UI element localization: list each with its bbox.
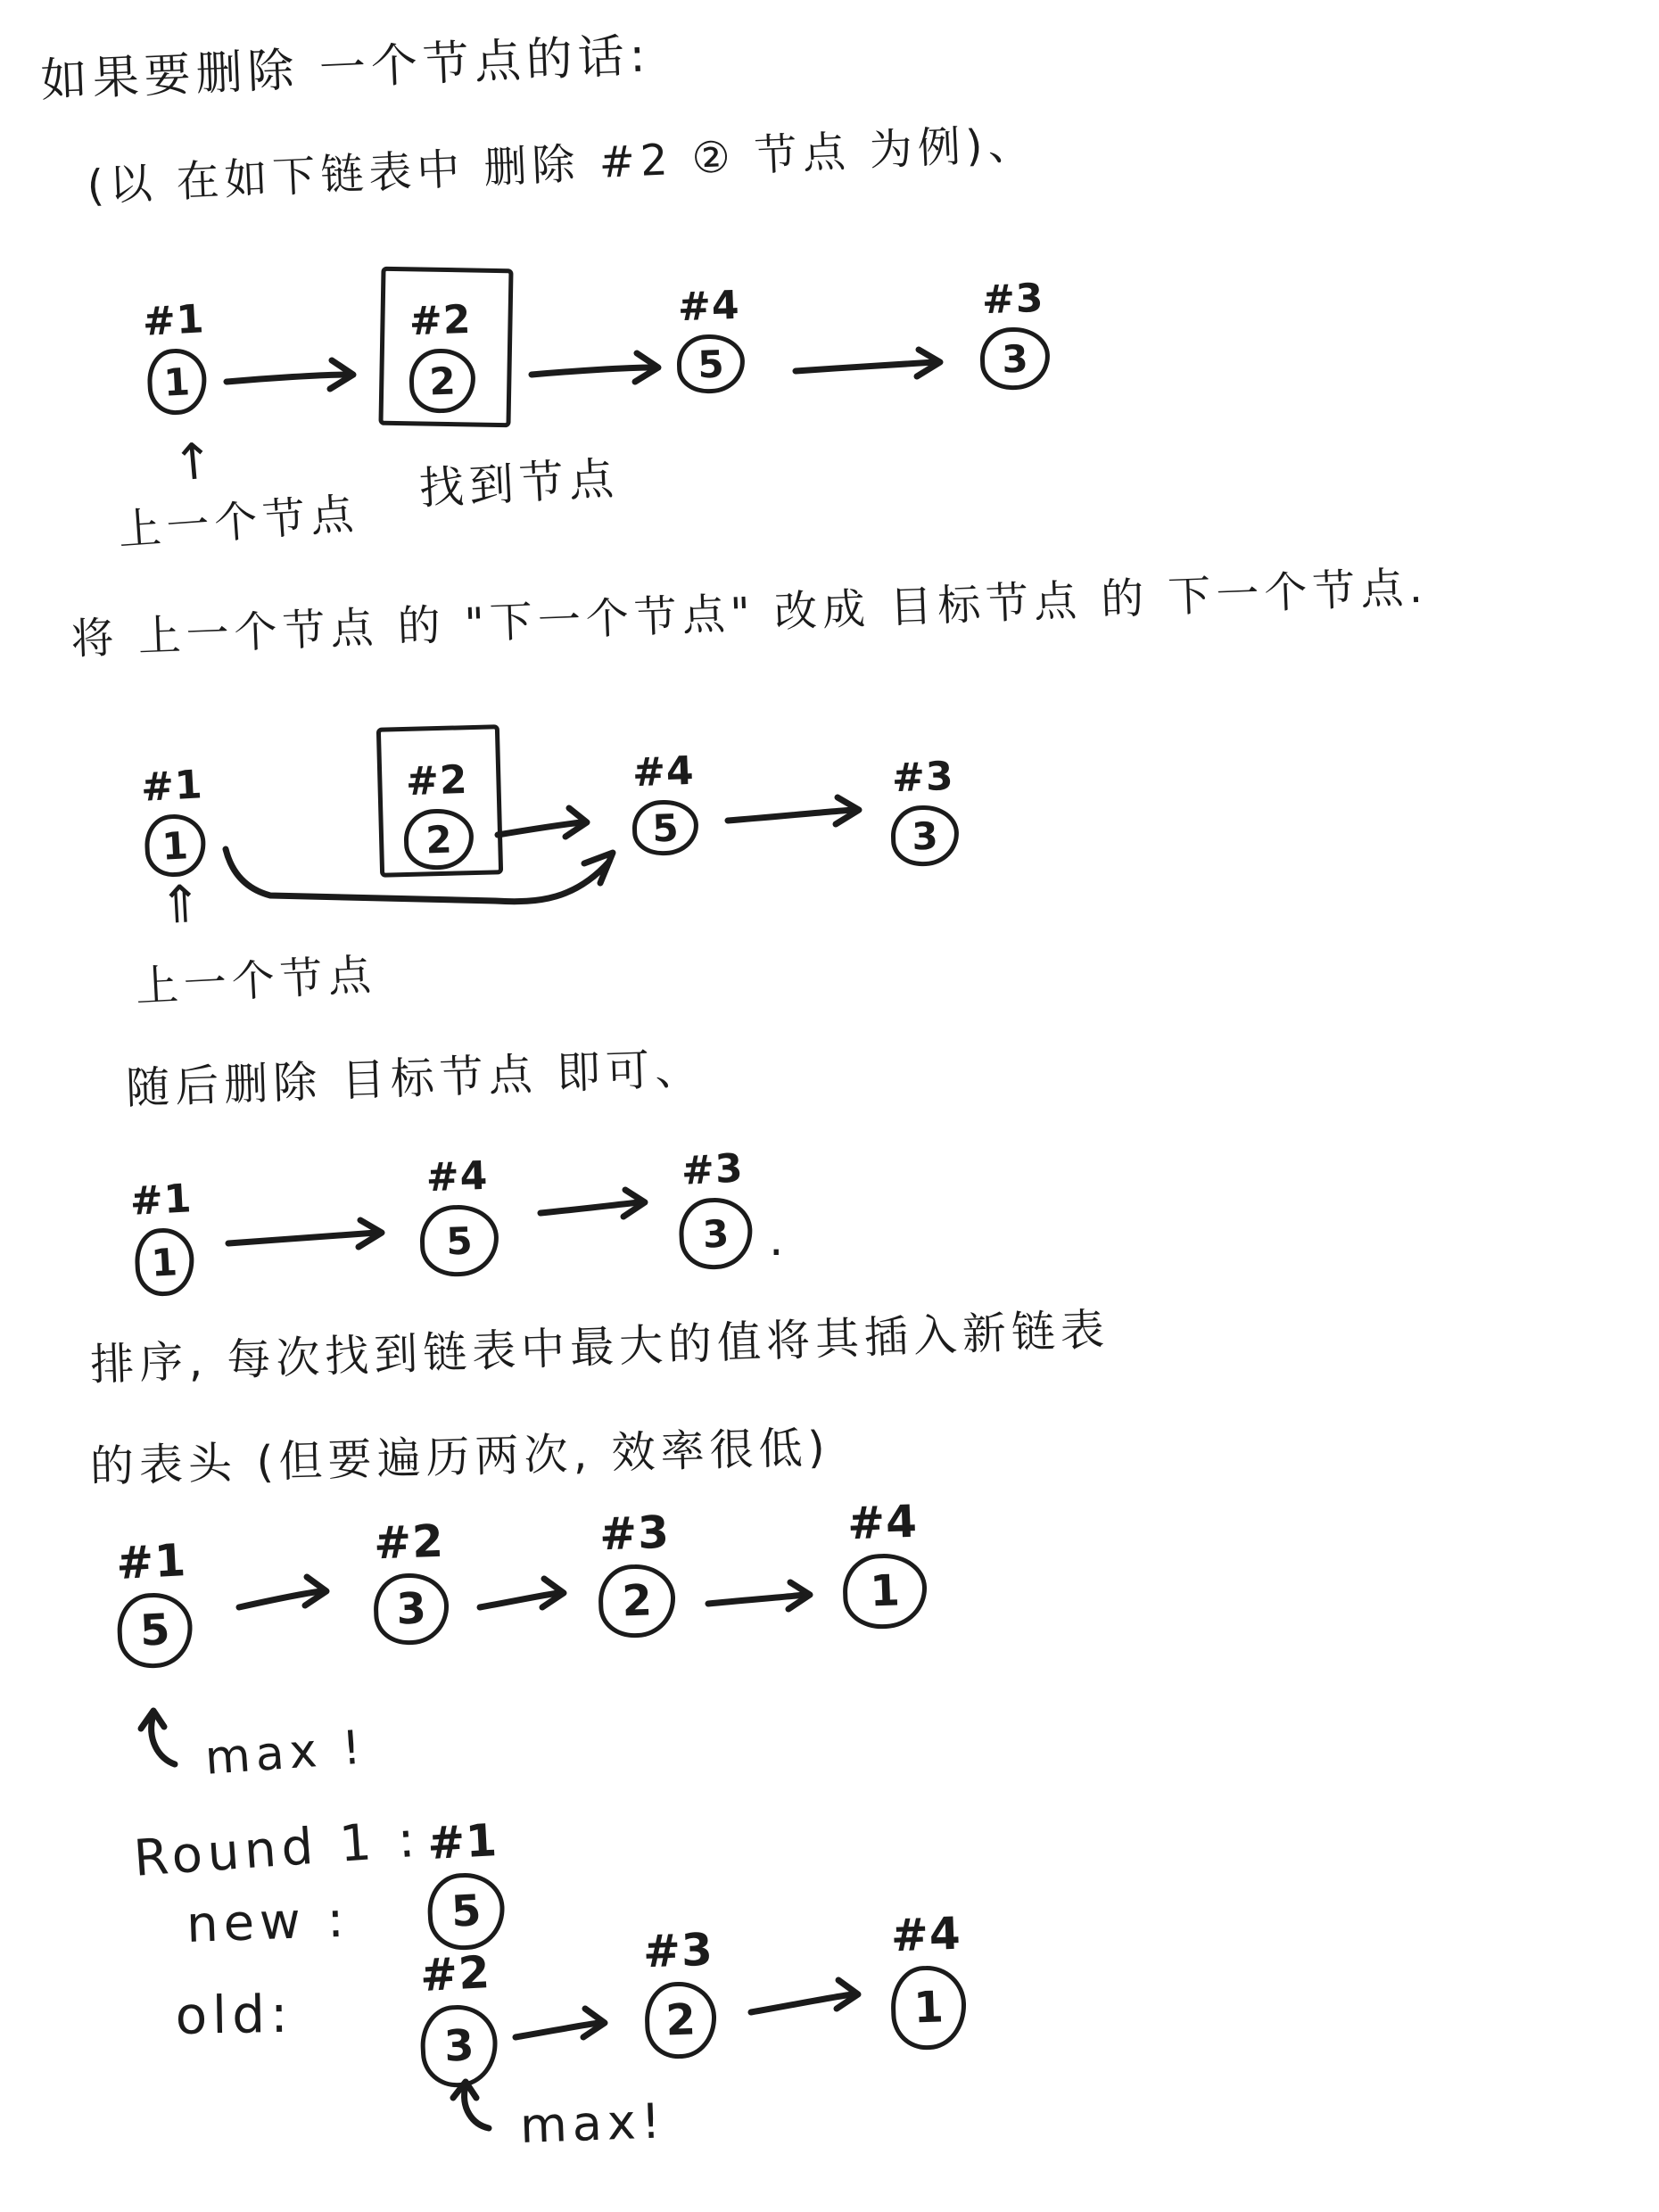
node-value-circle: 3 xyxy=(979,326,1051,392)
node-3: #3 3 xyxy=(978,276,1051,392)
node-value-circle: 2 xyxy=(644,1981,718,2060)
max-annotation: max ! xyxy=(203,1721,367,1785)
node-index-label: #1 xyxy=(140,762,204,811)
node-value-circle: 5 xyxy=(676,334,746,395)
node-index-label: #3 xyxy=(681,1145,745,1194)
node-value-circle: 2 xyxy=(409,348,476,415)
bypass-arrow-icon xyxy=(219,846,647,912)
node-4: #4 1 xyxy=(839,1495,928,1630)
node-value-circle: 1 xyxy=(133,1226,195,1297)
right-arrow-icon xyxy=(235,1572,338,1618)
sort-note-line1: 排序, 每次找到链表中最大的值将其插入新链表 xyxy=(89,1295,1110,1393)
right-arrow-icon xyxy=(724,794,880,833)
node-index-label: #1 xyxy=(426,1814,499,1869)
round1-label: Round 1 : xyxy=(132,1811,422,1888)
node-value-circle: 3 xyxy=(677,1196,754,1271)
node-index-label: #4 xyxy=(425,1153,489,1201)
double-up-arrow-icon: ⇑ xyxy=(157,873,203,936)
old-node-2: #2 3 xyxy=(416,1946,499,2089)
node-value-circle: 5 xyxy=(419,1203,500,1277)
right-arrow-icon xyxy=(705,1579,829,1618)
node-index-label: #4 xyxy=(890,1908,962,1962)
right-arrow-icon xyxy=(747,1977,874,2023)
sort-note-line2: 的表头 (但要遍历两次, 效率很低) xyxy=(89,1413,831,1495)
node-value-circle: 5 xyxy=(425,1871,506,1952)
prev-node-annotation: 上一个节点 xyxy=(134,940,377,1014)
new-list-label: new : xyxy=(186,1891,351,1954)
node-3: #3 2 xyxy=(595,1506,676,1639)
right-arrow-icon xyxy=(494,801,606,847)
handwritten-notes-page: 如果要删除 一个节点的话: (以 在如下链表中 删除 #2 ② 节点 为例)、 … xyxy=(0,0,1659,2212)
right-arrow-icon xyxy=(512,2002,617,2048)
node-value-circle: 1 xyxy=(842,1552,929,1630)
node-index-label: #2 xyxy=(419,1946,492,2002)
old-node-3: #3 2 xyxy=(641,1924,717,2060)
node-index-label: #3 xyxy=(981,276,1044,323)
right-arrow-icon xyxy=(528,346,680,385)
node-value-circle: 3 xyxy=(373,1572,450,1647)
node-index-label: #1 xyxy=(142,296,206,345)
node-2: #2 3 xyxy=(371,1515,450,1647)
node-index-label: #4 xyxy=(631,748,695,796)
node-index-label: #4 xyxy=(677,283,740,330)
node-index-label: #4 xyxy=(846,1496,919,1550)
old-node-4: #4 1 xyxy=(887,1908,967,2051)
node-4: #4 5 xyxy=(417,1153,500,1278)
node-index-label: #3 xyxy=(598,1506,671,1561)
node-3: #3 3 xyxy=(888,754,960,868)
node-index-label: #3 xyxy=(642,1924,714,1978)
right-arrow-icon xyxy=(225,1215,403,1254)
period-mark: . xyxy=(769,1213,784,1267)
up-arrow-icon: ↑ xyxy=(169,432,216,493)
node-1: #1 1 xyxy=(129,1176,197,1297)
node-4: #4 5 xyxy=(630,748,699,857)
up-left-arrow-icon xyxy=(446,2078,496,2134)
node-value-circle: 1 xyxy=(143,813,207,878)
right-arrow-icon xyxy=(537,1186,666,1224)
right-arrow-icon xyxy=(223,353,375,392)
node-2-target: #2 2 xyxy=(407,297,476,415)
relink-instruction: 将 上一个节点 的 "下一个节点" 改成 目标节点 的 下一个节点. xyxy=(70,553,1429,666)
node-index-label: #3 xyxy=(891,754,954,801)
subtitle: (以 在如下链表中 删除 #2 ② 节点 为例)、 xyxy=(86,109,1037,213)
node-1: #1 1 xyxy=(140,762,208,878)
node-value-circle: 1 xyxy=(890,1965,968,2051)
node-index-label: #2 xyxy=(405,757,468,805)
node-1: #1 5 xyxy=(112,1534,194,1670)
right-arrow-icon xyxy=(476,1575,576,1618)
node-value-circle: 3 xyxy=(418,2003,499,2089)
node-value-circle: 5 xyxy=(116,1591,194,1670)
node-index-label: #2 xyxy=(373,1515,445,1570)
up-left-arrow-icon xyxy=(136,1705,182,1770)
node-4: #4 5 xyxy=(674,283,746,395)
node-value-circle: 1 xyxy=(145,347,208,416)
found-node-annotation: 找到节点 xyxy=(417,442,620,517)
node-index-label: #1 xyxy=(129,1176,194,1225)
old-list-label: old: xyxy=(175,1984,293,2046)
right-arrow-icon xyxy=(792,346,962,382)
node-value-circle: 2 xyxy=(598,1564,677,1639)
node-index-label: #1 xyxy=(115,1534,188,1589)
prev-node-annotation: 上一个节点 xyxy=(116,479,360,557)
node-3: #3 3 xyxy=(674,1145,754,1271)
node-1: #1 1 xyxy=(142,296,210,416)
new-node-1: #1 5 xyxy=(423,1814,507,1952)
node-index-label: #2 xyxy=(409,297,472,344)
delete-instruction: 随后删除 目标节点 即可、 xyxy=(125,1034,705,1117)
node-value-circle: 3 xyxy=(890,805,960,868)
max-annotation: max! xyxy=(519,2092,666,2154)
page-title: 如果要删除 一个节点的话: xyxy=(39,17,652,110)
